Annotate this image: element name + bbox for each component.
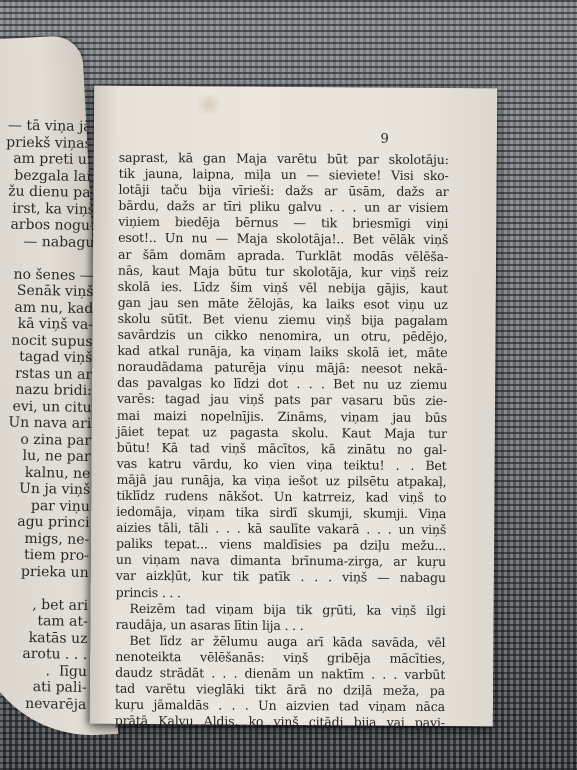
text-line: būtu! Kā tad viņš mācītos, kā zinātu no … <box>117 439 447 457</box>
left-text-line: evi, un citu <box>0 397 92 416</box>
left-text-line: kalnu, ne <box>0 463 91 482</box>
text-line: princis . . . <box>116 584 446 602</box>
left-text-line: ati pali- <box>0 678 87 697</box>
left-text-line: Un nava ari <box>0 414 91 433</box>
text-line: jāiet tepat uz pagasta skolu. Kaut Maja … <box>117 423 447 441</box>
left-text-line: Un ja viņš <box>0 480 90 499</box>
left-text-line: kā viņš va- <box>0 315 93 334</box>
left-text-line: — tā viņa jā- <box>0 117 97 136</box>
left-text-line: par viņu <box>0 496 90 515</box>
left-text-line: tagad viņš <box>0 348 93 367</box>
right-page: 9 saprast, kā gan Maja varētu būt par sk… <box>90 86 497 727</box>
left-text-line: , bet ari <box>0 595 88 614</box>
left-text-line: migs, ne- <box>0 529 89 548</box>
left-text-line: nazu bridi: <box>0 381 92 400</box>
left-text-line <box>0 579 89 598</box>
left-text-line: žu dienu pa- <box>0 183 95 202</box>
page-number: 9 <box>381 132 389 147</box>
text-line: varēs: tagad jau viņš pats par vasaru bū… <box>117 391 447 409</box>
page-body-text: saprast, kā gan Maja varētu būt par skol… <box>115 150 449 732</box>
left-text-line: arotu . . . <box>0 645 87 664</box>
left-text-line: am preti un <box>0 150 96 169</box>
left-text-line: lu, ne par <box>0 447 91 466</box>
left-text-line: arbos nogu- <box>0 216 95 235</box>
left-text-line: nevarēja <box>0 694 87 713</box>
text-line: ar šām domām aprada. Turklāt modās vēlēš… <box>118 246 448 264</box>
left-text-line: irst, ka viņš <box>0 199 95 218</box>
left-text-line: rstas un ar <box>0 364 92 383</box>
left-text-line: nocit supus <box>0 331 93 350</box>
left-text-line: katās uz <box>0 628 88 647</box>
text-line: var aizkļūt, kur tik patīk . . . viņš — … <box>116 568 446 586</box>
left-text-line: prieka un <box>0 562 89 581</box>
left-text-line: am nu, kad <box>0 298 93 317</box>
text-line: nās, kaut Maja būtu tur skolotāja, kur v… <box>118 262 448 280</box>
left-text-line: bezgala lai- <box>0 166 96 185</box>
left-text-line: agu princi <box>0 513 90 532</box>
text-line: esot!.. Un nu — Maja skolotāja!.. Bet vē… <box>118 230 448 248</box>
left-text-line: o zina par <box>0 430 91 449</box>
left-text-line: Senāk viņš <box>0 282 94 301</box>
left-text-line: — nabagu <box>0 232 95 251</box>
text-line: mai maizi nopelnījis. Zināms, viņam jau … <box>117 407 447 425</box>
paper-stain <box>194 94 224 114</box>
text-line: Reizēm tad viņam bija tik gŗūti, ka viņš… <box>116 600 446 618</box>
left-text-line: priekš viņas. <box>0 133 96 152</box>
left-text-line <box>0 249 94 268</box>
left-text-line: tiem pro- <box>0 546 89 565</box>
left-text-line: tam at- <box>0 612 88 631</box>
left-text-line: no šenes — <box>0 265 94 284</box>
left-text-line: . Iīgu <box>0 661 87 680</box>
left-page-text: — tā viņa jā-priekš viņas.am preti unbez… <box>0 117 97 713</box>
text-line: prātā Kaļvu Aldis, ko viņš citādi bija v… <box>115 713 445 731</box>
